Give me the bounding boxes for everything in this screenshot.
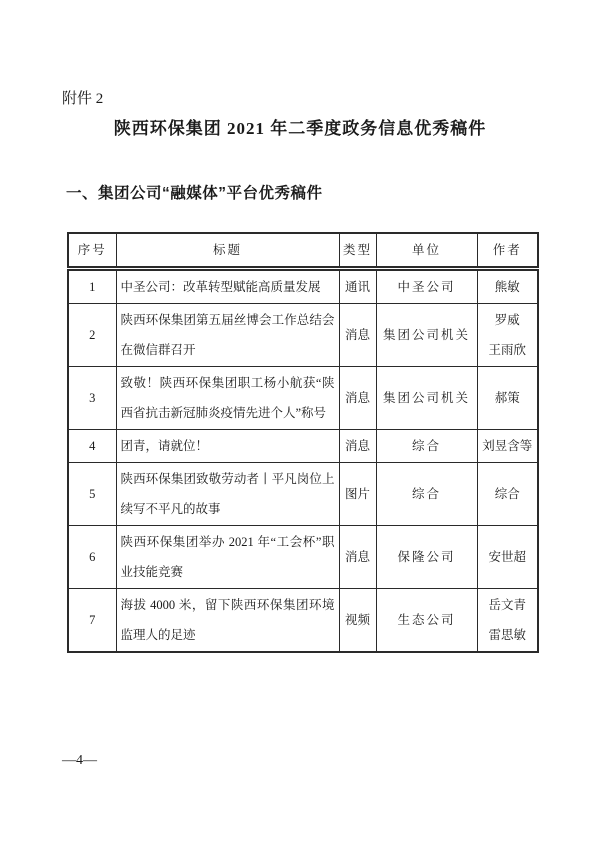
- manuscript-table: 序号 标题 类型 单位 作者 1 中圣公司：改革转型赋能高质量发展 通讯 中圣公…: [67, 232, 539, 653]
- cell-unit: 集团公司机关: [376, 304, 477, 367]
- cell-title: 陕西环保集团举办 2021 年“工会杯”职业技能竞赛: [116, 526, 339, 589]
- cell-number: 4: [68, 430, 116, 463]
- table-body: 1 中圣公司：改革转型赋能高质量发展 通讯 中圣公司 熊敏 2 陕西环保集团第五…: [68, 269, 538, 653]
- cell-title: 陕西环保集团第五届丝博会工作总结会在微信群召开: [116, 304, 339, 367]
- cell-number: 1: [68, 269, 116, 304]
- cell-unit: 生态公司: [376, 589, 477, 653]
- cell-author: 熊敏: [477, 269, 538, 304]
- header-author: 作者: [477, 233, 538, 269]
- cell-number: 3: [68, 367, 116, 430]
- header-title: 标题: [116, 233, 339, 269]
- cell-type: 图片: [339, 463, 376, 526]
- cell-number: 7: [68, 589, 116, 653]
- table-row: 2 陕西环保集团第五届丝博会工作总结会在微信群召开 消息 集团公司机关 罗威 王…: [68, 304, 538, 367]
- cell-title: 海拔 4000 米，留下陕西环保集团环境监理人的足迹: [116, 589, 339, 653]
- cell-author: 郝策: [477, 367, 538, 430]
- cell-author: 罗威 王雨欣: [477, 304, 538, 367]
- cell-type: 通讯: [339, 269, 376, 304]
- cell-unit: 综合: [376, 463, 477, 526]
- header-number: 序号: [68, 233, 116, 269]
- cell-title: 致敬！陕西环保集团职工杨小航获“陕西省抗击新冠肺炎疫情先进个人”称号: [116, 367, 339, 430]
- cell-author: 刘昱含等: [477, 430, 538, 463]
- cell-unit: 中圣公司: [376, 269, 477, 304]
- table-row: 4 团青，请就位！ 消息 综合 刘昱含等: [68, 430, 538, 463]
- document-title: 陕西环保集团 2021 年二季度政务信息优秀稿件: [0, 116, 600, 142]
- cell-unit: 综合: [376, 430, 477, 463]
- cell-title: 团青，请就位！: [116, 430, 339, 463]
- cell-author: 岳文青 雷思敏: [477, 589, 538, 653]
- table-row: 7 海拔 4000 米，留下陕西环保集团环境监理人的足迹 视频 生态公司 岳文青…: [68, 589, 538, 653]
- cell-number: 5: [68, 463, 116, 526]
- page-number: —4—: [62, 752, 97, 770]
- cell-unit: 保隆公司: [376, 526, 477, 589]
- cell-author: 综合: [477, 463, 538, 526]
- table-row: 5 陕西环保集团致敬劳动者丨平凡岗位上续写不平凡的故事 图片 综合 综合: [68, 463, 538, 526]
- cell-title: 中圣公司：改革转型赋能高质量发展: [116, 269, 339, 304]
- header-type: 类型: [339, 233, 376, 269]
- cell-title: 陕西环保集团致敬劳动者丨平凡岗位上续写不平凡的故事: [116, 463, 339, 526]
- cell-type: 消息: [339, 367, 376, 430]
- cell-number: 2: [68, 304, 116, 367]
- cell-unit: 集团公司机关: [376, 367, 477, 430]
- document-page: 附件 2 陕西环保集团 2021 年二季度政务信息优秀稿件 一、集团公司“融媒体…: [0, 0, 600, 848]
- cell-number: 6: [68, 526, 116, 589]
- table-row: 3 致敬！陕西环保集团职工杨小航获“陕西省抗击新冠肺炎疫情先进个人”称号 消息 …: [68, 367, 538, 430]
- table-row: 1 中圣公司：改革转型赋能高质量发展 通讯 中圣公司 熊敏: [68, 269, 538, 304]
- cell-type: 消息: [339, 526, 376, 589]
- cell-author: 安世超: [477, 526, 538, 589]
- table-header-row: 序号 标题 类型 单位 作者: [68, 233, 538, 269]
- attachment-label: 附件 2: [62, 90, 103, 108]
- cell-type: 视频: [339, 589, 376, 653]
- cell-type: 消息: [339, 304, 376, 367]
- table-row: 6 陕西环保集团举办 2021 年“工会杯”职业技能竞赛 消息 保隆公司 安世超: [68, 526, 538, 589]
- header-unit: 单位: [376, 233, 477, 269]
- cell-type: 消息: [339, 430, 376, 463]
- section-heading: 一、集团公司“融媒体”平台优秀稿件: [66, 184, 323, 204]
